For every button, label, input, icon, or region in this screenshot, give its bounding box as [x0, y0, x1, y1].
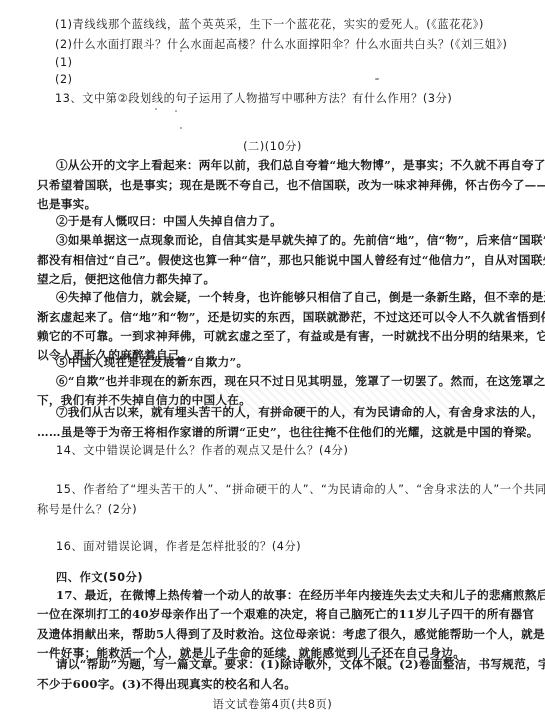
prompt-line-1: 请以“帮助”为题，写一篇文章。要求：(1)除诗歌外，文体不限。(2)卷面整洁，书… — [56, 656, 545, 672]
paragraph-3-line-1: ③如果单据这一点现象而论，自信其实是早就失掉了的。先前信“地”，信“物”，后来信… — [56, 232, 545, 248]
question-15-line-2: 称号是什么？(2分) — [37, 502, 137, 518]
scan-speck — [375, 78, 379, 80]
exam-page: (1)青线线那个蓝线线，蓝个英英采，生下一个蓝花花，实实的爱死人。(《蓝花花》)… — [0, 0, 545, 722]
question-16: 16、面对错误论调，作者是怎样批驳的？(4分) — [56, 539, 301, 555]
scan-speck — [180, 127, 182, 129]
question-14: 14、文中错误论调是什么？作者的观点又是什么？(4分) — [56, 443, 348, 459]
paragraph-1-line-3: 也是事实。 — [37, 196, 96, 212]
paragraph-1-line-1: ①从公开的文字上看起来：两年以前，我们总自夸着“地大物博”，是事实；不久就不再自… — [56, 157, 545, 173]
example-line-2: (2)什么水面打跟斗？什么水面起高楼？什么水面撑阳伞？什么水面共白头？(《刘三姐… — [55, 37, 508, 53]
paragraph-7-line-2: ……虽是等于为帝王将相作家谱的所谓“正史”，也往往掩不住他们的光耀，这就是中国的… — [37, 424, 539, 440]
paragraph-4-line-2: 渐玄虚起来了。信“地”和“物”，还是切实的东西，国联就渺茫，不过这还可以令人不久… — [37, 309, 545, 325]
paragraph-3-line-2: 都没有相信过“自己”。假使这也算一种“信”，那也只能说中国人曾经有过“他信力”，… — [37, 252, 545, 268]
scan-speck — [180, 50, 182, 52]
paragraph-4-line-3: 赖它的不可靠。一到求神拜佛，可就玄虚之至了，有益或是有害，一时就找不出分明的结果… — [37, 328, 545, 344]
paragraph-3-line-3: 望之后，便把这他信力都失掉了。 — [37, 271, 215, 287]
page-footer: 语文试卷第4页(共8页) — [0, 697, 545, 713]
question-15-line-1: 15、作者给了“埋头苦干的人”、“拼命硬干的人”、“为民请命的人”、“舍身求法的… — [56, 482, 545, 498]
paragraph-7-line-1: ⑦我们从古以来，就有埋头苦干的人，有拼命硬干的人，有为民请命的人，有舍身求法的人… — [56, 404, 544, 420]
answer-line-1: (1) — [55, 55, 73, 71]
question-13: 13、文中第②段划线的句子运用了人物描写中哪种方法？有什么作用？(3分) — [55, 91, 452, 107]
question-17-line-1: 17、最近，在微博上热传着一个动人的故事：在经历半年内接连失去丈夫和儿子的悲痛煎… — [56, 587, 545, 603]
question-17-line-3: 及遗体捐献出来，帮助5人得到了及时救治。这位母亲说：考虑了很久，感觉能帮助一个人… — [37, 626, 545, 642]
scan-speck — [155, 108, 157, 110]
section-four-heading: 四、作文(50分) — [56, 570, 143, 586]
answer-line-2: (2) — [55, 72, 73, 88]
question-17-line-2: 一位在深圳打工的40岁母亲作出了一个艰难的决定，将自己脑死亡的11岁儿子四干的所… — [37, 606, 534, 622]
paragraph-1-line-2: 只希望着国联，也是事实；现在是既不夸自己，也不信国联，改为一味求神拜佛，怀古伤今… — [37, 177, 545, 193]
prompt-line-2: 不少于600字。(3)不得出现真实的校名和人名。 — [37, 676, 296, 692]
paragraph-5-line-1: ⑤中国人现在是在发展着“自欺力”。 — [56, 354, 248, 370]
scan-speck — [175, 110, 177, 112]
section-two-heading: (二)(10分) — [0, 139, 545, 155]
example-line-1: (1)青线线那个蓝线线，蓝个英英采，生下一个蓝花花，实实的爱死人。(《蓝花花》) — [55, 17, 484, 33]
paragraph-2-line-1: ②于是有人慨叹曰：中国人失掉自信力了。 — [56, 213, 282, 229]
paragraph-6-line-1: ⑥“自欺”也并非现在的新东西，现在只不过日见其明显，笼罩了一切罢了。然而，在这笼… — [56, 373, 545, 389]
paragraph-4-line-1: ④失掉了他信力，就会疑，一个转身，也许能够只相信了自己，倒是一条新生路，但不幸的… — [56, 289, 545, 305]
